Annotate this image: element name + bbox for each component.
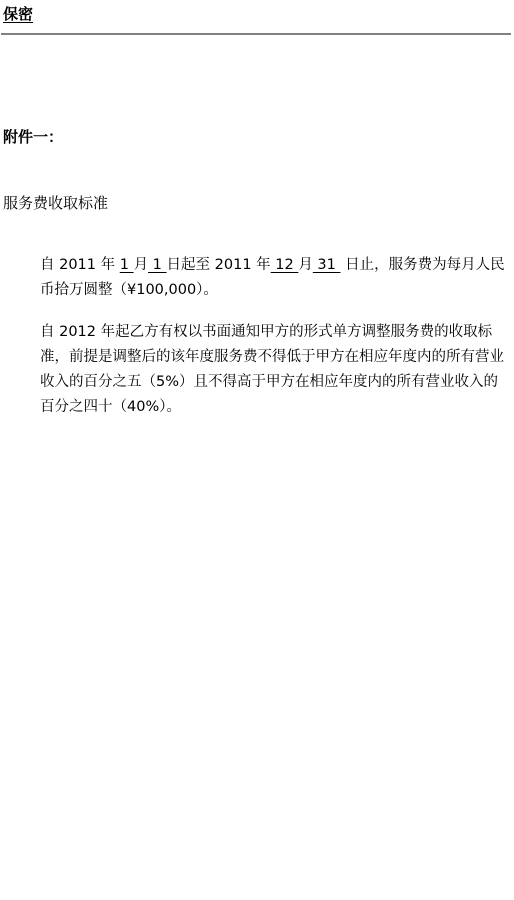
attachment-heading: 附件一： xyxy=(3,126,63,147)
text-run: 日起至 2011 年 xyxy=(167,257,271,273)
filled-blank: 1 xyxy=(120,257,134,273)
header-divider xyxy=(1,33,511,35)
document-page: 保密 附件一： 服务费收取标准 自 2011 年 1 月 1 日起至 2011 … xyxy=(0,0,514,900)
section-title: 服务费收取标准 xyxy=(3,192,108,213)
paragraph-fee-adjustment-2012: 自 2012 年起乙方有权以书面通知甲方的形式单方调整服务费的收取标准，前提是调… xyxy=(40,320,508,420)
filled-blank: 12 xyxy=(271,257,299,273)
filled-blank: 1 xyxy=(148,257,166,273)
text-run: 月 xyxy=(298,257,313,273)
text-run: 月 xyxy=(134,257,149,273)
confidential-label: 保密 xyxy=(3,3,33,24)
filled-blank: 31 xyxy=(313,257,341,273)
paragraph-service-fee-2011: 自 2011 年 1 月 1 日起至 2011 年 12 月 31 日止，服务费… xyxy=(40,253,508,303)
text-run: 自 2011 年 xyxy=(40,257,120,273)
